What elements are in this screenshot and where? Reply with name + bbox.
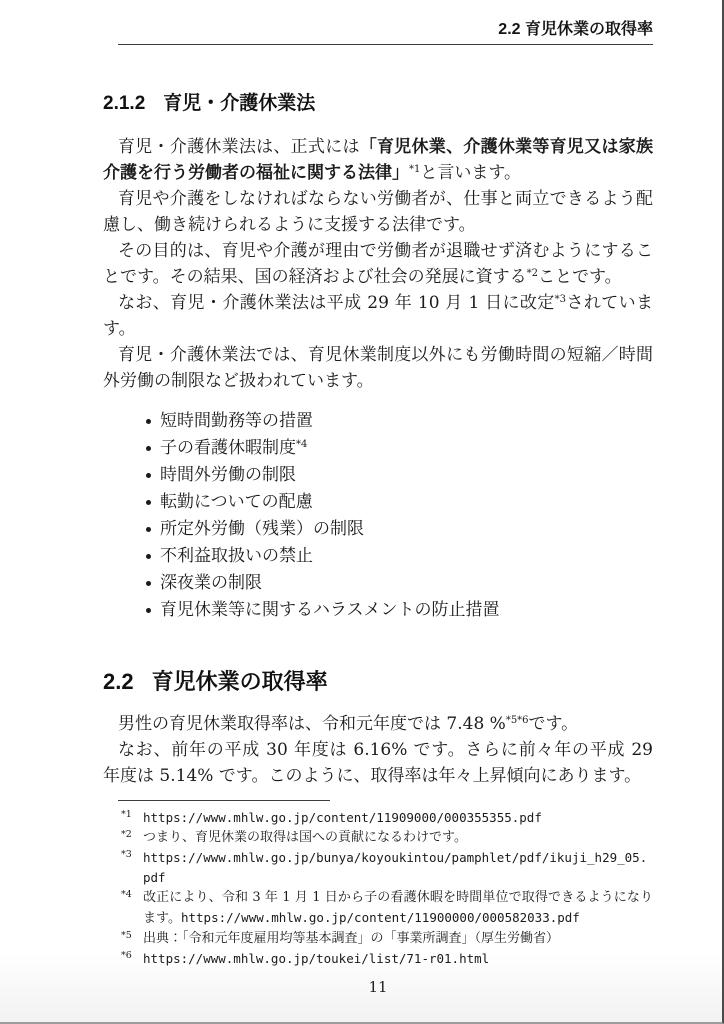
footnote-ref-3: *3 bbox=[555, 294, 566, 305]
bullet-icon bbox=[146, 581, 151, 586]
list-item: 転勤についての配慮 bbox=[160, 489, 653, 516]
bullet-icon bbox=[146, 446, 151, 451]
header-rule bbox=[118, 44, 653, 45]
bullet-icon bbox=[146, 554, 151, 559]
subsection-title: 育児・介護休業法 bbox=[163, 93, 315, 114]
footnote-mark: *5 bbox=[118, 926, 143, 946]
provision-list: 短時間勤務等の措置 子の看護休暇制度*4 時間外労働の制限 転勤についての配慮 … bbox=[103, 408, 653, 624]
footnote-3: *3 https://www.mhlw.go.jp/bunya/koyoukin… bbox=[118, 848, 653, 888]
footnote-ref-2: *2 bbox=[527, 268, 538, 279]
bullet-icon bbox=[146, 608, 151, 613]
footnote-mark: *3 bbox=[118, 845, 143, 865]
footnote-text: つまり、育児休業の取得は国への貢献になるわけです。 bbox=[143, 828, 653, 848]
footnote-ref-1: *1 bbox=[409, 164, 420, 175]
footnote-ref-5-6: *5*6 bbox=[506, 715, 529, 726]
footnote-1: *1 https://www.mhlw.go.jp/content/119090… bbox=[118, 808, 653, 828]
list-item: 時間外労働の制限 bbox=[160, 462, 653, 489]
section-heading-2-2: 2.2育児休業の取得率 bbox=[103, 668, 653, 695]
paragraph: 育児・介護休業法では、育児休業制度以外にも労働時間の短縮／時間外労働の制限など扱… bbox=[103, 342, 653, 394]
paragraph: 育児や介護をしなければならない労働者が、仕事と両立できるよう配慮し、働き続けられ… bbox=[103, 186, 653, 238]
running-header-title: 2.2 育児休業の取得率 bbox=[498, 21, 653, 38]
paragraph: なお、育児・介護休業法は平成 29 年 10 月 1 日に改定*3されています。 bbox=[103, 290, 653, 342]
footnote-5: *5 出典：「令和元年度雇用均等基本調査」の「事業所調査」（厚生労働省） bbox=[118, 929, 653, 949]
footnote-text: 出典：「令和元年度雇用均等基本調査」の「事業所調査」（厚生労働省） bbox=[143, 929, 653, 949]
footnote-url[interactable]: https://www.mhlw.go.jp/content/11909000/… bbox=[143, 808, 653, 828]
bullet-icon bbox=[146, 419, 151, 424]
section-2-2-text: 男性の育児休業取得率は、令和元年度では 7.48 %*5*6です。 なお、前年の… bbox=[103, 711, 653, 789]
running-header: 2.2 育児休業の取得率 bbox=[118, 21, 653, 44]
section-number: 2.2 bbox=[103, 669, 134, 694]
footnote-url[interactable]: https://www.mhlw.go.jp/content/11900000/… bbox=[181, 910, 580, 925]
footnote-text: 改正により、令和 3 年 1 月 1 日から子の看護休暇を時間単位で取得できるよ… bbox=[143, 888, 653, 929]
subsection-number: 2.1.2 bbox=[103, 93, 145, 114]
list-item: 深夜業の制限 bbox=[160, 570, 653, 597]
section-title: 育児休業の取得率 bbox=[152, 669, 328, 694]
page-body: 2.1.2育児・介護休業法 育児・介護休業法は、正式には「育児休業、介護休業等育… bbox=[103, 92, 653, 996]
list-item: 不利益取扱いの禁止 bbox=[160, 543, 653, 570]
list-item: 所定外労働（残業）の制限 bbox=[160, 516, 653, 543]
footnotes: *1 https://www.mhlw.go.jp/content/119090… bbox=[118, 800, 653, 969]
footnote-separator bbox=[118, 800, 330, 801]
bullet-icon bbox=[146, 473, 151, 478]
bullet-icon bbox=[146, 500, 151, 505]
list-item: 子の看護休暇制度*4 bbox=[160, 435, 653, 462]
list-item: 短時間勤務等の措置 bbox=[160, 408, 653, 435]
document-page: 2.2 育児休業の取得率 2.1.2育児・介護休業法 育児・介護休業法は、正式に… bbox=[0, 0, 724, 1024]
list-item: 育児休業等に関するハラスメントの防止措置 bbox=[160, 597, 653, 624]
footnote-url[interactable]: https://www.mhlw.go.jp/toukei/list/71-r0… bbox=[143, 949, 653, 969]
footnote-url[interactable]: https://www.mhlw.go.jp/bunya/koyoukintou… bbox=[143, 848, 653, 888]
paragraph: 男性の育児休業取得率は、令和元年度では 7.48 %*5*6です。 bbox=[103, 711, 653, 737]
paragraph: 育児・介護休業法は、正式には「育児休業、介護休業等育児又は家族介護を行う労働者の… bbox=[103, 134, 653, 186]
footnote-mark: *1 bbox=[118, 805, 143, 825]
paragraph: なお、前年の平成 30 年度は 6.16% です。さらに前々年の平成 29 年度… bbox=[103, 737, 653, 789]
page-number: 11 bbox=[103, 978, 653, 996]
footnote-mark: *6 bbox=[118, 946, 143, 966]
section-2-1-2-text: 育児・介護休業法は、正式には「育児休業、介護休業等育児又は家族介護を行う労働者の… bbox=[103, 134, 653, 394]
footnote-ref-4: *4 bbox=[296, 439, 307, 450]
footnote-2: *2 つまり、育児休業の取得は国への貢献になるわけです。 bbox=[118, 828, 653, 848]
footnote-mark: *4 bbox=[118, 885, 143, 905]
paragraph: その目的は、育児や介護が理由で労働者が退職せず済むようにすることです。その結果、… bbox=[103, 238, 653, 290]
bullet-icon bbox=[146, 527, 151, 532]
subsection-heading-2-1-2: 2.1.2育児・介護休業法 bbox=[103, 92, 653, 115]
footnote-4: *4 改正により、令和 3 年 1 月 1 日から子の看護休暇を時間単位で取得で… bbox=[118, 888, 653, 929]
footnote-6: *6 https://www.mhlw.go.jp/toukei/list/71… bbox=[118, 949, 653, 969]
footnote-mark: *2 bbox=[118, 825, 143, 845]
